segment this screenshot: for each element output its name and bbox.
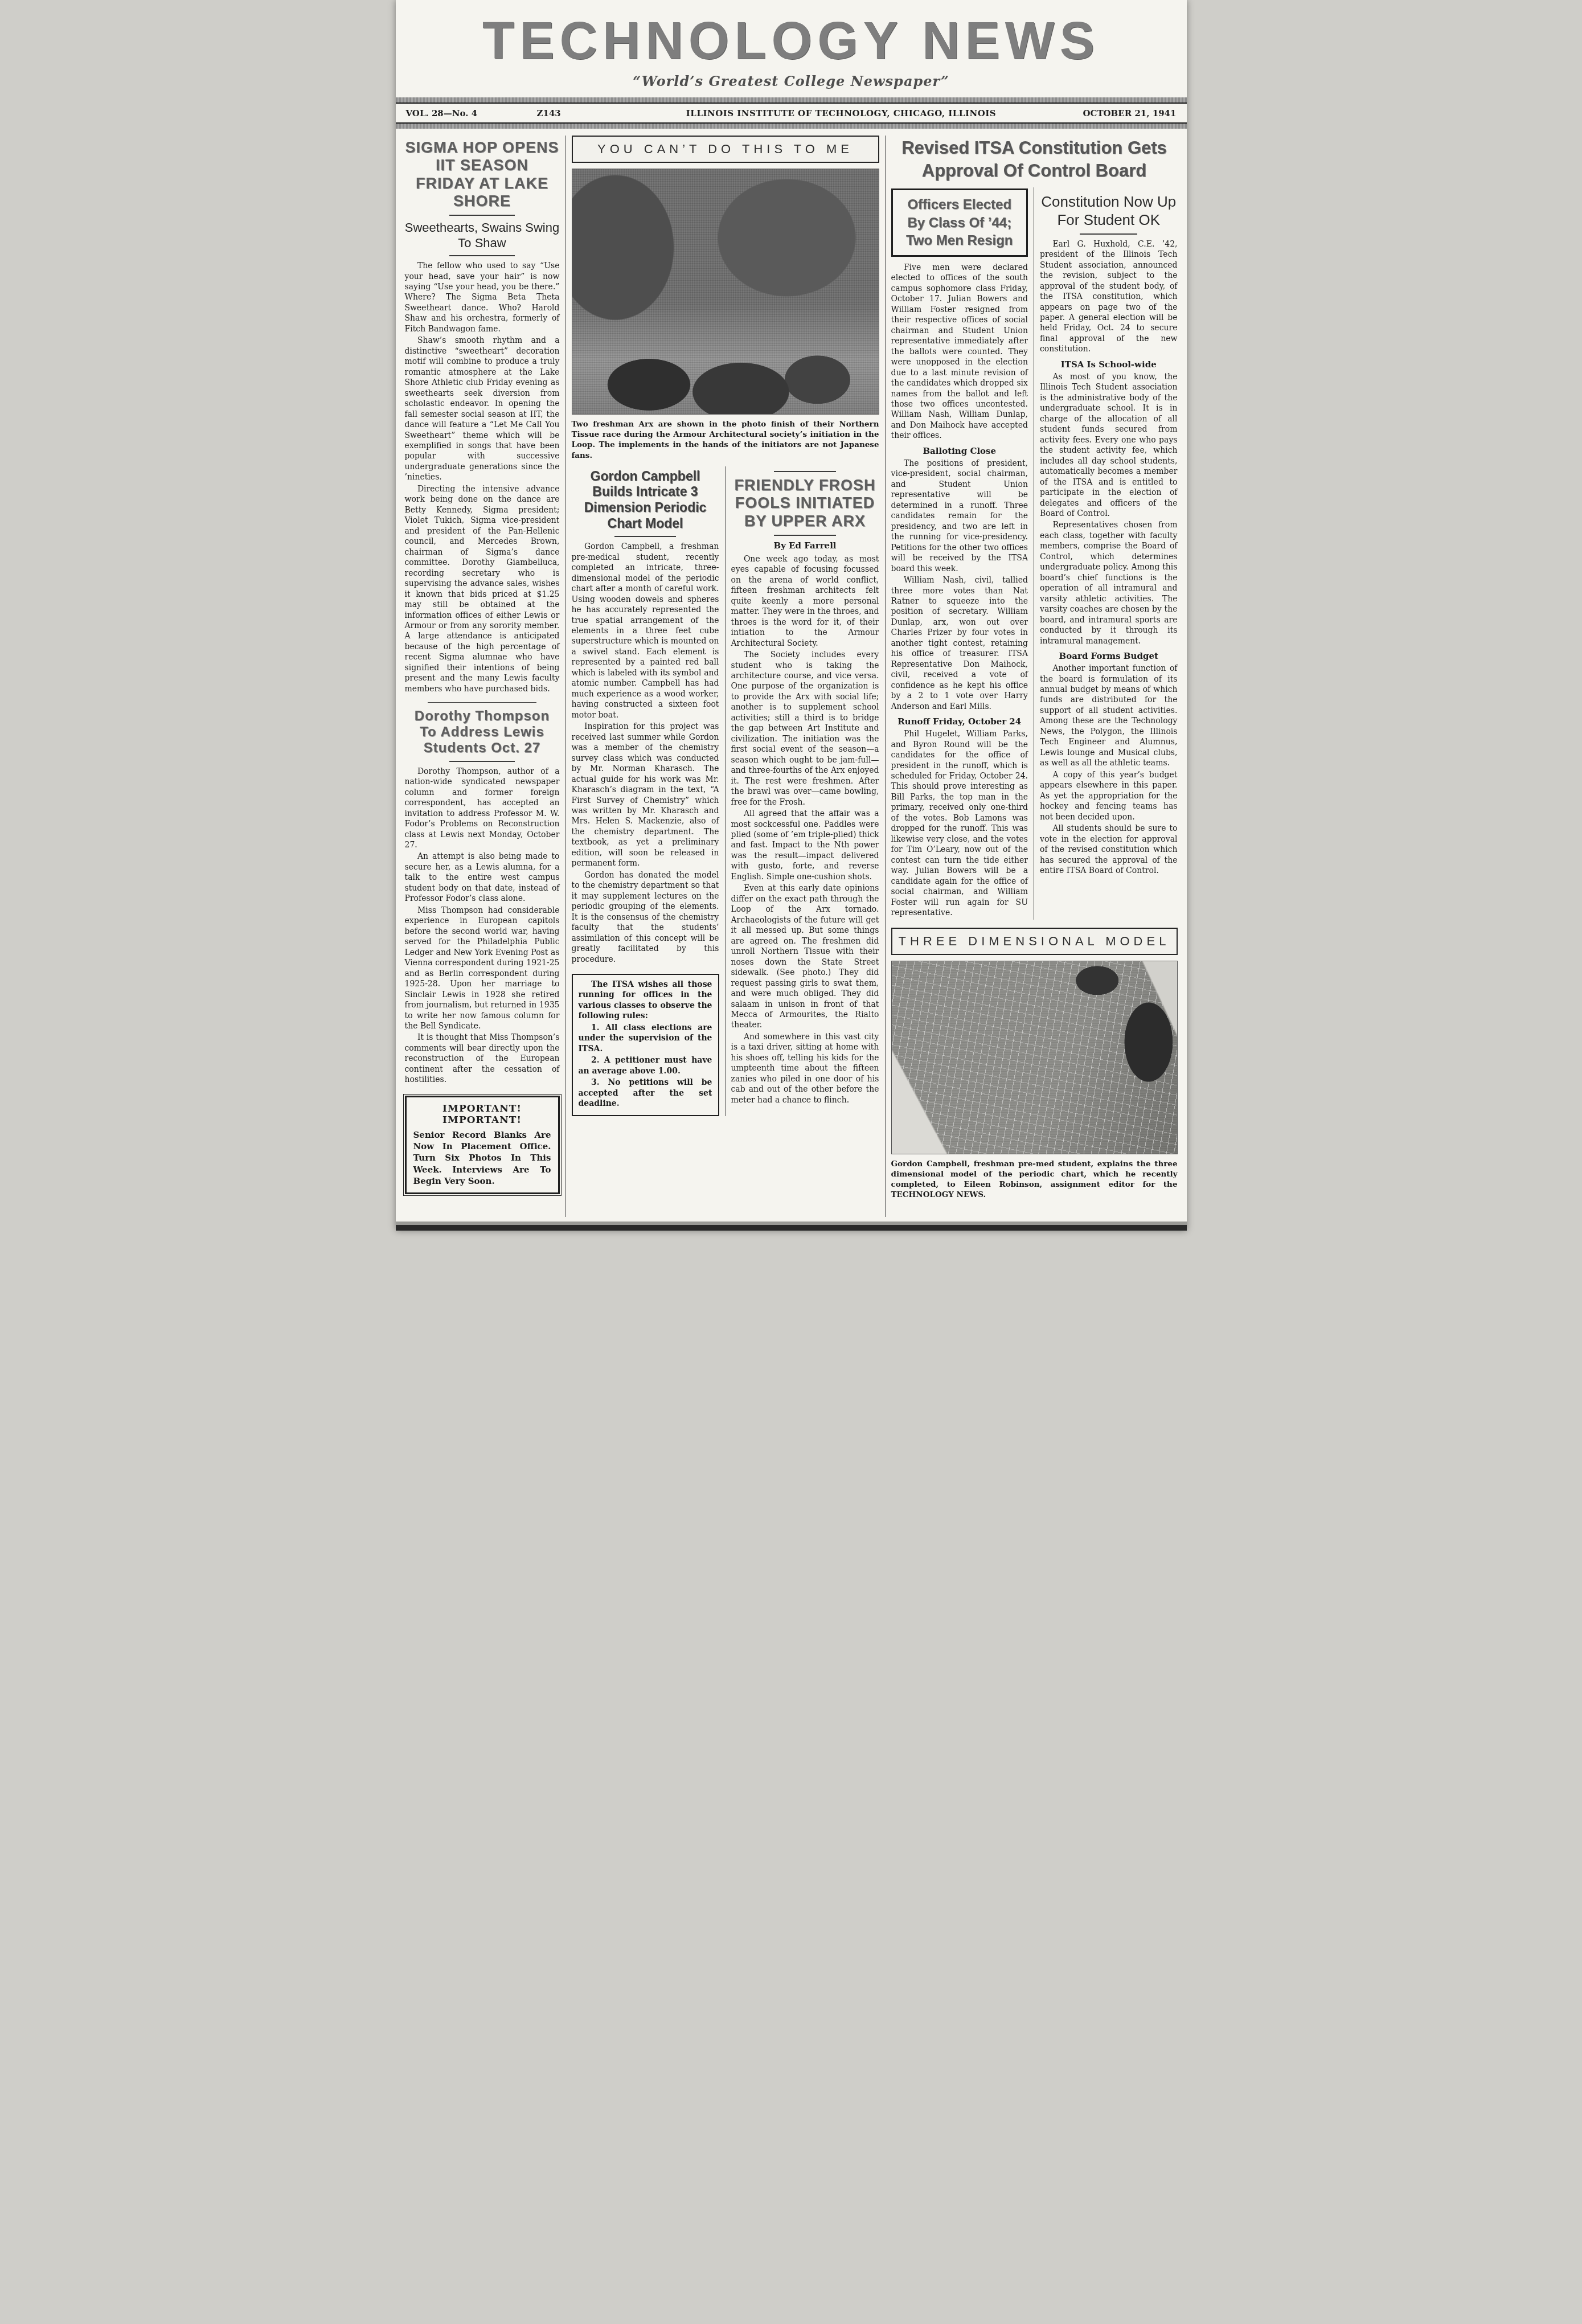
masthead: TECHNOLOGY NEWS “World’s Greatest Colleg… (396, 0, 1187, 92)
model-photo (891, 961, 1178, 1154)
rule-band-top (396, 97, 1187, 104)
thompson-article: Dorothy Thompson To Address Lewis Studen… (405, 708, 560, 1085)
right-columns: Officers Elected By Class Of ’44; Two Me… (891, 187, 1178, 919)
model-photo-section: THREE DIMENSIONAL MODEL Gordon Campbell,… (891, 928, 1178, 1200)
headline-divider (614, 536, 677, 537)
campbell-headline: Gordon Campbell Builds Intricate 3 Dimen… (572, 469, 719, 531)
newspaper-page: TECHNOLOGY NEWS “World’s Greatest Colleg… (396, 0, 1187, 1231)
byline: By Ed Farrell (731, 540, 879, 551)
article-subhead: Runoff Friday, October 24 (891, 716, 1028, 727)
headline-divider (774, 535, 836, 536)
article-paragraph: Even at this early date opinions differ … (731, 883, 879, 1031)
article-paragraph: Another important function of the board … (1040, 663, 1178, 769)
headline-divider (1080, 233, 1137, 235)
article-paragraph: A copy of this year’s budget appears els… (1040, 770, 1178, 822)
officers-body: Five men were declared elected to office… (891, 263, 1028, 919)
frosh-article: FRIENDLY FROSH FOOLS INITIATED BY UPPER … (726, 466, 879, 1116)
page-bottom-edge (396, 1222, 1187, 1231)
center-columns: Gordon Campbell Builds Intricate 3 Dimen… (572, 466, 879, 1116)
institution-line: ILLINOIS INSTITUTE OF TECHNOLOGY, CHICAG… (637, 108, 1045, 118)
article-paragraph: As most of you know, the Illinois Tech S… (1040, 372, 1178, 519)
sigma-hop-headline: SIGMA HOP OPENS IIT SEASON FRIDAY AT LAK… (405, 139, 560, 210)
sigma-hop-article: SIGMA HOP OPENS IIT SEASON FRIDAY AT LAK… (405, 139, 560, 694)
article-paragraph: One week ago today, as most eyes capable… (731, 554, 879, 649)
article-paragraph: 2. A petitioner must have an average abo… (579, 1055, 712, 1076)
initiation-photo (572, 169, 879, 415)
article-paragraph: Five men were declared elected to office… (891, 263, 1028, 441)
thompson-body: Dorothy Thompson, author of a nation-wid… (405, 767, 560, 1085)
photo-headline: YOU CAN’T DO THIS TO ME (597, 142, 853, 156)
frosh-headline: FRIENDLY FROSH FOOLS INITIATED BY UPPER … (731, 477, 879, 530)
itsa-rules-body: The ITSA wishes all those running for of… (579, 979, 712, 1109)
center-section: YOU CAN’T DO THIS TO ME Two freshman Arx… (565, 136, 886, 1217)
article-paragraph: 3. No petitions will be accepted after t… (579, 1077, 712, 1109)
rule-band-bottom (396, 122, 1187, 129)
right-section: Revised ITSA Constitution Gets Approval … (886, 136, 1187, 1217)
important-box-title: IMPORTANT! IMPORTANT! (413, 1103, 551, 1126)
dateline: VOL. 28—No. 4 Z143 ILLINOIS INSTITUTE OF… (396, 104, 1187, 122)
important-notice-box: IMPORTANT! IMPORTANT! Senior Record Blan… (405, 1096, 560, 1194)
constitution-body: Earl G. Huxhold, C.E. ’42, president of … (1040, 239, 1178, 876)
deck-divider (449, 255, 514, 256)
article-paragraph: Gordon has donated the model to the chem… (572, 870, 719, 965)
page-content: SIGMA HOP OPENS IIT SEASON FRIDAY AT LAK… (396, 129, 1187, 1217)
sigma-hop-deck: Sweethearts, Swains Swing To Shaw (405, 220, 560, 251)
article-paragraph: The ITSA wishes all those running for of… (579, 979, 712, 1022)
initiation-photo-caption: Two freshman Arx are shown in the photo … (572, 419, 879, 461)
article-paragraph: Miss Thompson had considerable experienc… (405, 905, 560, 1032)
model-headline-box: THREE DIMENSIONAL MODEL (891, 928, 1178, 955)
article-paragraph: 1. All class elections are under the sup… (579, 1023, 712, 1054)
officers-headline: Officers Elected By Class Of ’44; Two Me… (906, 197, 1013, 248)
masthead-tagline: “World’s Greatest College Newspaper” (396, 73, 1187, 89)
model-photo-caption: Gordon Campbell, freshman pre-med studen… (891, 1159, 1178, 1200)
volume-number: VOL. 28—No. 4 (406, 108, 537, 118)
itsa-constitution-headline: Revised ITSA Constitution Gets Approval … (891, 137, 1178, 182)
article-paragraph: Gordon Campbell, a freshman pre-medical … (572, 542, 719, 720)
article-subhead: Balloting Close (891, 446, 1028, 456)
officers-article: Officers Elected By Class Of ’44; Two Me… (891, 187, 1035, 919)
article-paragraph: Dorothy Thompson, author of a nation-wid… (405, 767, 560, 851)
masthead-title: TECHNOLOGY NEWS (396, 15, 1187, 67)
officers-headline-box: Officers Elected By Class Of ’44; Two Me… (891, 188, 1028, 257)
article-paragraph: Phil Hugelet, William Parks, and Byron R… (891, 729, 1028, 918)
itsa-rules-box: The ITSA wishes all those running for of… (572, 974, 719, 1116)
top-divider (774, 471, 836, 472)
constitution-headline: Constitution Now Up For Student OK (1040, 193, 1178, 228)
article-paragraph: The Society includes every student who i… (731, 650, 879, 808)
article-subhead: Board Forms Budget (1040, 651, 1178, 661)
article-paragraph: The positions of president, vice-preside… (891, 458, 1028, 574)
article-paragraph: Inspiration for this project was receive… (572, 722, 719, 869)
article-subhead: ITSA Is School-wide (1040, 359, 1178, 370)
article-paragraph: And somewhere in this vast city is a tax… (731, 1032, 879, 1105)
article-paragraph: All students should be sure to vote in t… (1040, 823, 1178, 876)
article-paragraph: It is thought that Miss Thompson’s comme… (405, 1032, 560, 1085)
model-headline: THREE DIMENSIONAL MODEL (899, 934, 1170, 948)
article-paragraph: William Nash, civil, tallied three more … (891, 575, 1028, 712)
campbell-article: Gordon Campbell Builds Intricate 3 Dimen… (572, 466, 726, 1116)
article-paragraph: Representatives chosen from each class, … (1040, 520, 1178, 646)
article-divider (428, 702, 536, 703)
article-paragraph: An attempt is also being made to secure … (405, 851, 560, 904)
photo-headline-box: YOU CAN’T DO THIS TO ME (572, 136, 879, 163)
article-paragraph: Earl G. Huxhold, C.E. ’42, president of … (1040, 239, 1178, 355)
sigma-hop-body: The fellow who used to say “Use your hea… (405, 261, 560, 694)
headline-divider (449, 215, 514, 216)
important-box-body: Senior Record Blanks Are Now In Placemen… (413, 1129, 551, 1187)
article-paragraph: All agreed that the affair was a most so… (731, 809, 879, 882)
article-paragraph: Directing the intensive advance work bei… (405, 484, 560, 694)
headline-divider (449, 761, 514, 762)
article-paragraph: Shaw’s smooth rhythm and a distinctive “… (405, 335, 560, 483)
edition-code: Z143 (537, 108, 637, 118)
issue-date: OCTOBER 21, 1941 (1046, 108, 1177, 118)
constitution-article: Constitution Now Up For Student OK Earl … (1034, 187, 1178, 919)
article-paragraph: The fellow who used to say “Use your hea… (405, 261, 560, 334)
campbell-body: Gordon Campbell, a freshman pre-medical … (572, 542, 719, 965)
frosh-body: One week ago today, as most eyes capable… (731, 554, 879, 1105)
thompson-headline: Dorothy Thompson To Address Lewis Studen… (405, 708, 560, 756)
left-column: SIGMA HOP OPENS IIT SEASON FRIDAY AT LAK… (396, 136, 565, 1217)
